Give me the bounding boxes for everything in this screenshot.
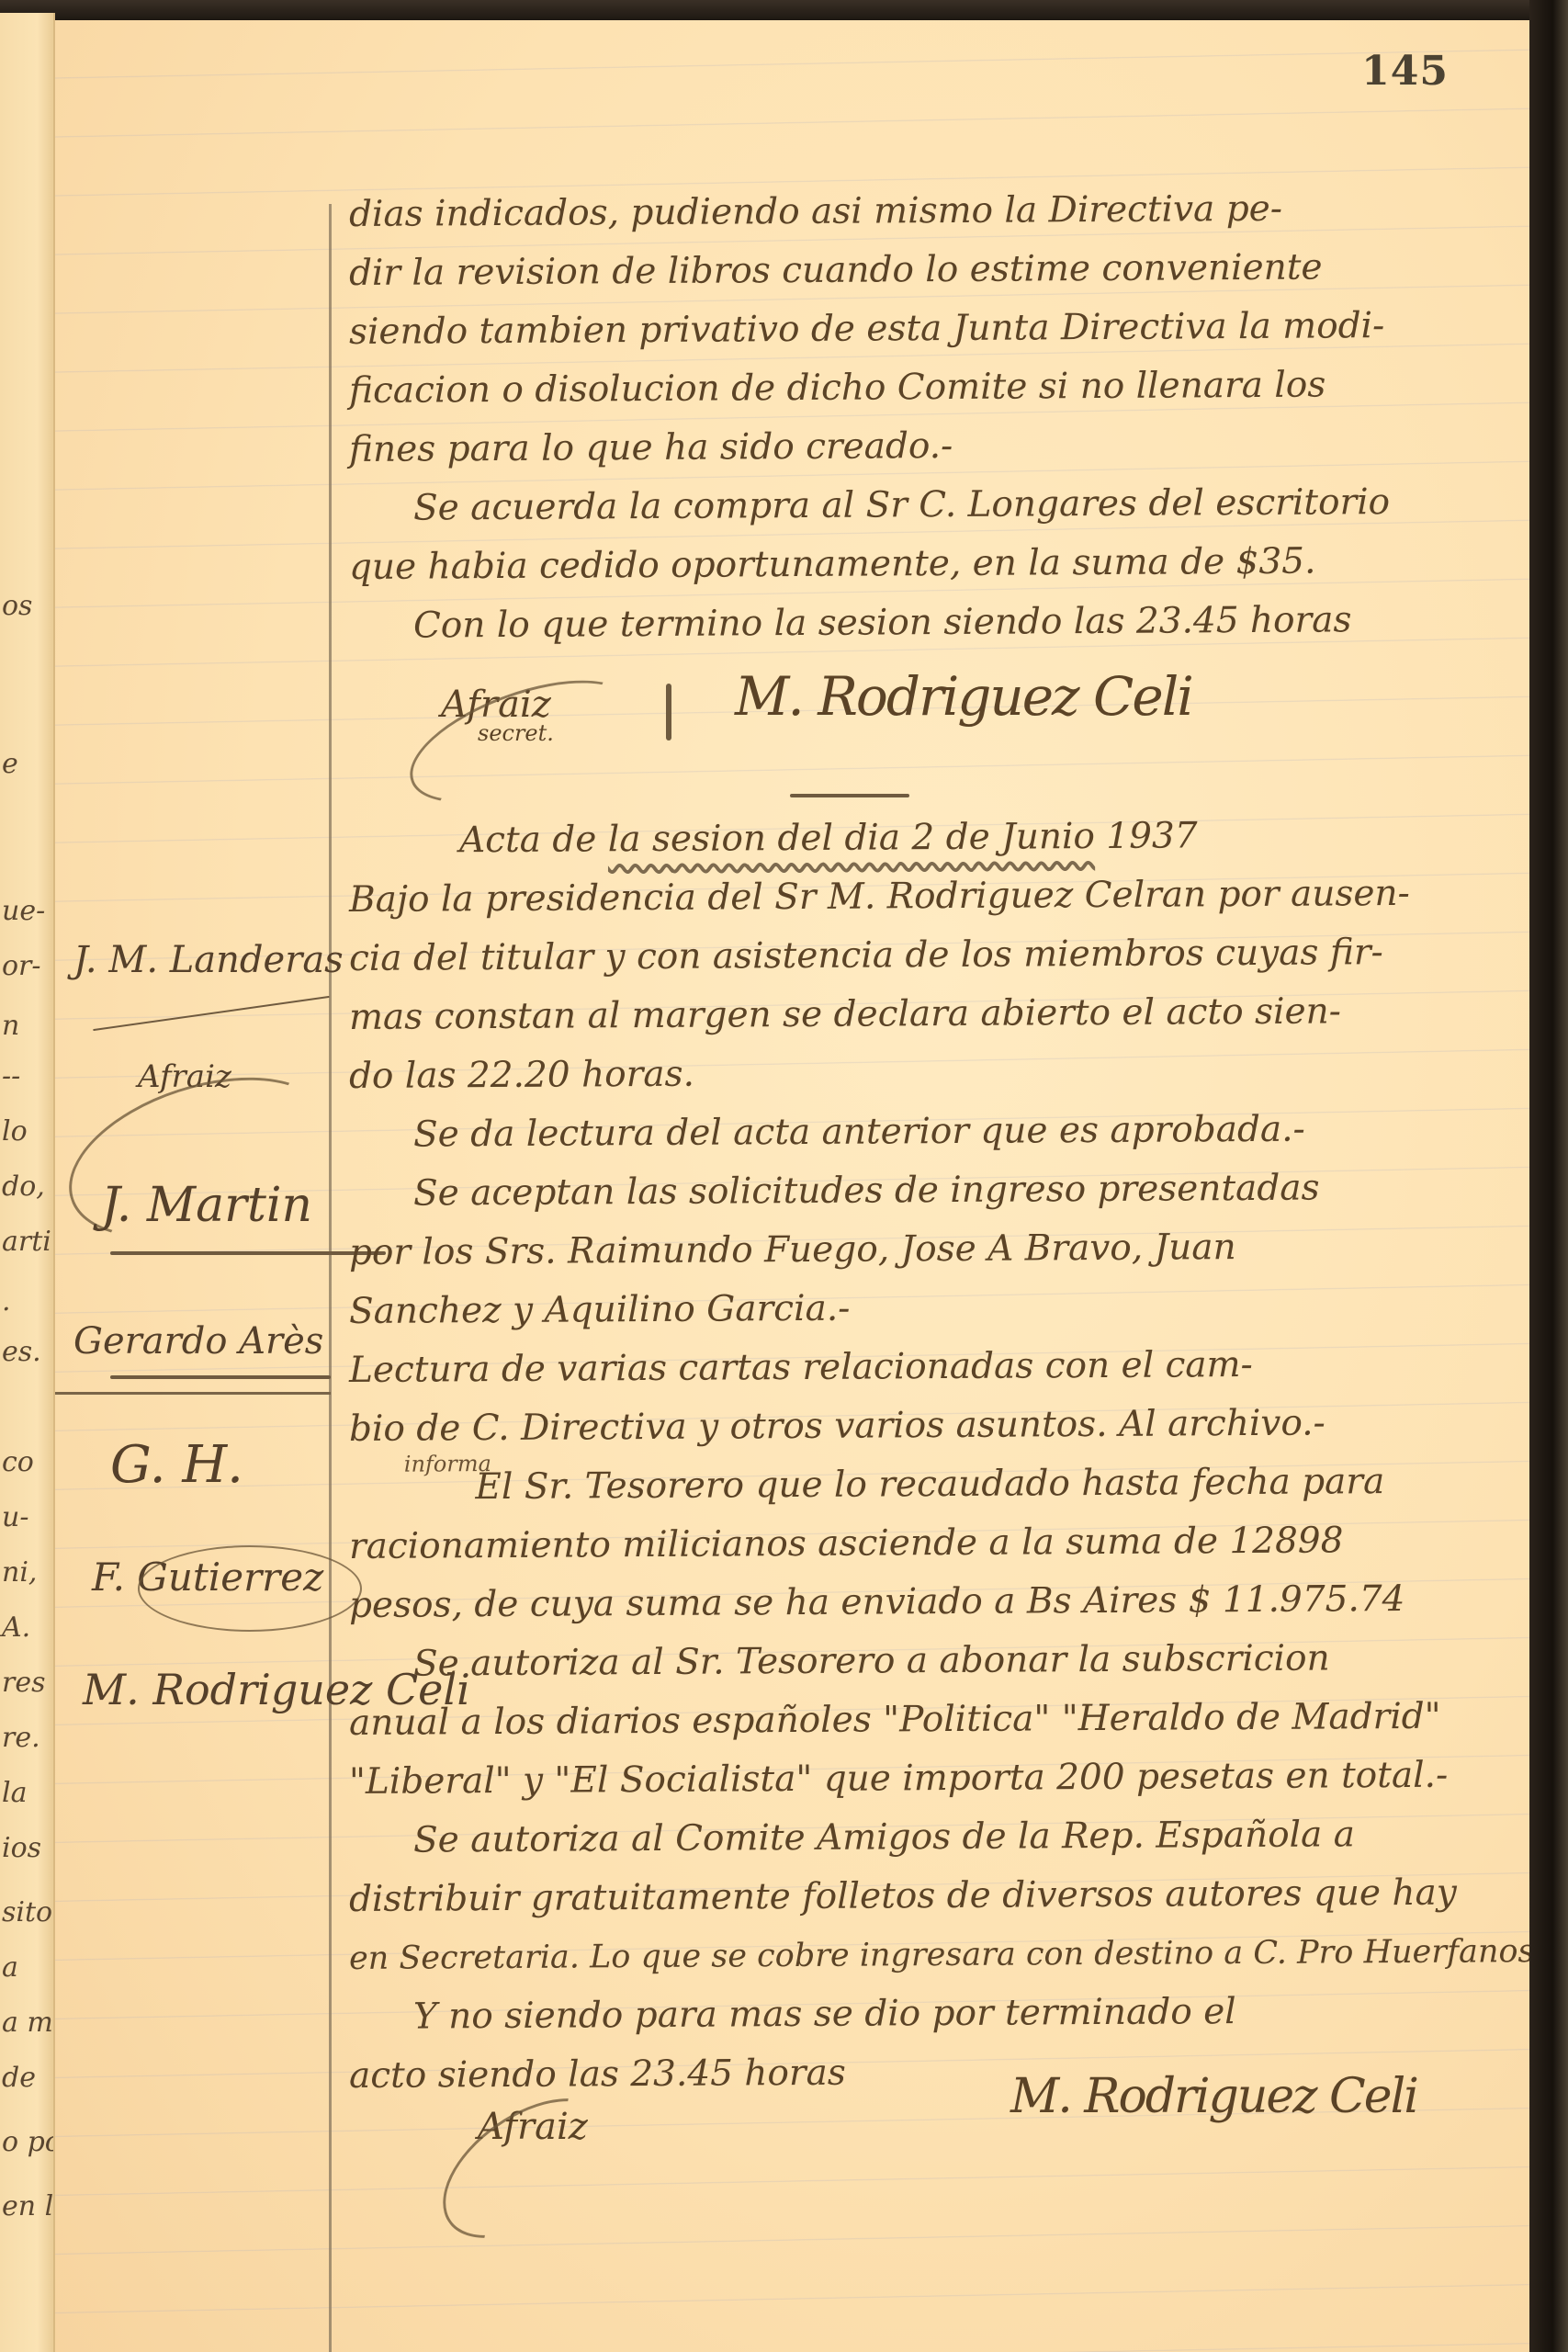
signature-flourish [138, 1545, 362, 1632]
signature-underline [110, 1375, 331, 1379]
text-line: anual a los diarios españoles "Politica"… [349, 1687, 1479, 1753]
text-line: racionamiento milicianos asciende a la s… [349, 1510, 1479, 1577]
facing-fragment: es. [2, 1336, 41, 1368]
text-line: Bajo la presidencia del Sr M. Rodriguez … [349, 864, 1479, 930]
facing-fragment: do, [2, 1170, 45, 1203]
previous-session-continuation: dias indicados, pudiendo asi mismo la Di… [349, 186, 1479, 656]
text-line: dir la revision de libros cuando lo esti… [349, 237, 1479, 303]
text-line: Lectura de varias cartas relacionadas co… [349, 1334, 1479, 1400]
president-signature: M. Rodriguez Celi [735, 665, 1192, 728]
section-separator [790, 794, 909, 797]
facing-fragment: res [2, 1667, 46, 1699]
session-heading: Acta de la sesion del dia 2 de Junio 193… [349, 805, 1479, 871]
signature-flourish [395, 655, 649, 827]
facing-fragment: ue- [2, 895, 45, 927]
facing-fragment: o por [2, 2126, 55, 2158]
ledger-binding-right [1529, 0, 1568, 2352]
president-signature: M. Rodriguez Celi [1010, 2069, 1417, 2124]
facing-fragment: de [2, 2062, 36, 2094]
treasurer-report-line: informa El Sr. Tesorero que lo recaudado… [349, 1452, 1479, 1518]
facing-fragment: A. [2, 1611, 30, 1644]
text-line: do las 22.20 horas. [349, 1040, 1479, 1106]
text-line: Se aceptan las solicitudes de ingreso pr… [349, 1158, 1479, 1224]
margin-signature: Gerardo Arès [73, 1320, 323, 1363]
text-line: Se autoriza al Comite Amigos de la Rep. … [349, 1804, 1479, 1871]
facing-fragment: lo [2, 1115, 28, 1148]
page-number: 145 [1361, 48, 1449, 95]
facing-fragment: la [2, 1777, 27, 1809]
text-line: dias indicados, pudiendo asi mismo la Di… [349, 178, 1479, 244]
text-line: mas constan al margen se declara abierto… [349, 981, 1479, 1047]
session-signatures: Afraiz M. Rodriguez Celi [349, 2106, 1479, 2244]
margin-signature: J. Martin [101, 1178, 312, 1233]
margin-rule [329, 204, 332, 2352]
margin-signature: G. H. [110, 1435, 243, 1495]
facing-fragment: . [2, 1285, 11, 1317]
text-line: Se acuerda la compra al Sr C. Longares d… [349, 472, 1479, 538]
facing-fragment: co [2, 1446, 34, 1478]
facing-fragment: -- [2, 1060, 20, 1092]
margin-signature: J. M. Landeras [73, 939, 344, 981]
facing-fragment: or- [2, 950, 41, 982]
facing-fragment: a [2, 1951, 18, 1984]
facing-fragment: u- [2, 1501, 28, 1533]
minutes-body: dias indicados, pudiendo asi mismo la Di… [349, 186, 1479, 2244]
bracket-mark [666, 684, 671, 741]
text-line: bio de C. Directiva y otros varios asunt… [349, 1393, 1479, 1459]
facing-page-edge: os e ue- or- n -- lo do, artinez . es. c… [0, 13, 55, 2352]
facing-fragment: artinez [2, 1226, 55, 1258]
text-line: en Secretaria. Lo que se cobre ingresara… [349, 1922, 1479, 1988]
inserted-word: informa [404, 1451, 491, 1477]
signature-underline [110, 1251, 386, 1255]
text-line: siendo tambien privativo de esta Junta D… [349, 296, 1479, 362]
closing-line: Y no siendo para mas se dio por terminad… [349, 1981, 1479, 2047]
text-line: fines para lo que ha sido creado.- [349, 413, 1479, 480]
facing-fragment: sito [2, 1896, 52, 1928]
facing-fragment: os [2, 590, 32, 622]
text-line: cia del titular y con asistencia de los … [349, 922, 1479, 989]
facing-fragment: ni, [2, 1556, 37, 1589]
closing-line: Con lo que termino la sesion siendo las … [349, 590, 1479, 656]
text-line: Se da lectura del acta anterior que es a… [349, 1099, 1479, 1165]
text-line: Se autoriza al Sr. Tesorero a abonar la … [349, 1628, 1479, 1694]
previous-session-signatures: Afraiz secret. M. Rodriguez Celi [349, 656, 1479, 812]
ledger-binding-top [0, 0, 1568, 20]
facing-fragment: e [2, 748, 18, 780]
facing-fragment: a min [2, 2007, 55, 2039]
facing-fragment: re. [2, 1722, 40, 1754]
text-line: "Liberal" y "El Socialista" que importa … [349, 1746, 1479, 1812]
text-line: pesos, de cuya suma se ha enviado a Bs A… [349, 1569, 1479, 1635]
facing-fragment: en la [2, 2190, 55, 2222]
session-minutes: Acta de la sesion del dia 2 de Junio 193… [349, 812, 1479, 2106]
facing-fragment: ios [2, 1832, 41, 1864]
margin-divider [55, 1392, 331, 1395]
text-line: ficacion o disolucion de dicho Comite si… [349, 355, 1479, 421]
ledger-page: 145 J. M. Landeras Afraiz J. Martin Gera… [55, 20, 1529, 2352]
text-line: por los Srs. Raimundo Fuego, Jose A Brav… [349, 1216, 1479, 1283]
text-line: que habia cedido oportunamente, en la su… [349, 531, 1479, 597]
text-line: Sanchez y Aquilino Garcia.- [349, 1275, 1479, 1341]
signature-flourish [93, 996, 330, 1031]
facing-fragment: n [2, 1010, 19, 1042]
text-line: distribuir gratuitamente folletos de div… [349, 1863, 1479, 1929]
